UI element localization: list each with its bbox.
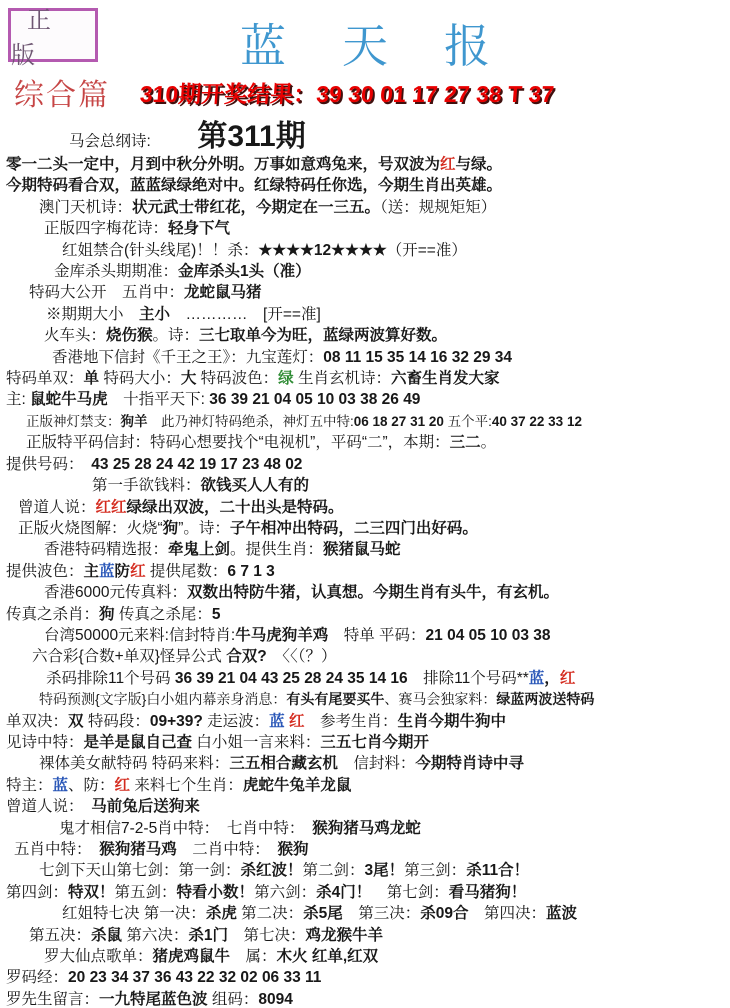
text-segment: 马会总纲诗: bbox=[69, 133, 151, 150]
content-lines: 马会总纲诗: 第311期零一二头一定中，月到中秋分外明。万事如意鸡兔来，号双波为… bbox=[4, 120, 730, 1008]
text-segment: 猴狗猪马鸡龙蛇 bbox=[312, 820, 421, 837]
text-segment: 绿绿出双波，二十出头是特码。 bbox=[127, 499, 344, 516]
text-segment: 金库杀头1头（准） bbox=[178, 263, 311, 280]
text-segment: 马前兔后送狗来 bbox=[91, 798, 200, 815]
text-segment: 香港6000元传真料： bbox=[44, 584, 187, 601]
text-segment: 特码段： bbox=[84, 713, 150, 730]
text-segment: 双 bbox=[68, 713, 84, 730]
text-segment: 走运波： bbox=[203, 713, 269, 730]
text-segment: 红姐特七决 第一决： bbox=[62, 905, 206, 922]
text-segment: 杀红波！ bbox=[241, 862, 303, 879]
text-segment: 罗先生留言： bbox=[6, 991, 99, 1008]
text-segment: （开==准） bbox=[387, 242, 467, 259]
text-line: 主: 鼠蛇牛马虎 十指平天下: 36 39 21 04 05 10 03 38 … bbox=[4, 389, 730, 410]
text-segment: 今期特肖诗中寻 bbox=[415, 755, 524, 772]
text-segment: 40 37 22 33 12 bbox=[492, 414, 582, 429]
text-segment: 十指平天下: bbox=[108, 391, 210, 408]
text-segment: 狗羊 bbox=[121, 414, 148, 429]
text-segment: 蓝 bbox=[529, 670, 545, 687]
text-segment: 三五七肖今期开 bbox=[320, 734, 429, 751]
text-line: 第四剑：特双！第五剑：特看小数！第六剑：杀4门！ 第七剑：看马猪狗！ bbox=[4, 882, 730, 903]
text-line: 五肖中特： 猴狗猪马鸡 二肖中特： 猴狗 bbox=[4, 839, 730, 860]
text-segment: 第二决： bbox=[237, 905, 303, 922]
text-segment: 第五决： bbox=[29, 927, 91, 944]
text-segment: 澳门天机诗： bbox=[39, 199, 132, 216]
text-segment: 猴猪鼠马蛇 bbox=[323, 541, 401, 558]
text-segment: 子午相冲出特码，二三四门出好码。 bbox=[230, 520, 478, 537]
text-segment: 正版四字梅花诗： bbox=[44, 220, 168, 237]
text-segment: 09+39? bbox=[150, 713, 203, 730]
text-line: 香港6000元传真料：双数出特防牛猪，认真想。今期生肖有头牛，有玄机。 bbox=[4, 582, 730, 603]
text-segment: ………… [开==准] bbox=[170, 306, 321, 323]
text-line: 曾道人说：红红绿绿出双波，二十出头是特码。 bbox=[4, 497, 730, 518]
text-line: 提供波色：主蓝防红 提供尾数：6 7 1 3 bbox=[4, 561, 730, 582]
text-line: 香港特码精选报：牵鬼上剑。提供生肖：猴猪鼠马蛇 bbox=[4, 539, 730, 560]
previous-draw-result: 310期开奖结果：39 30 01 17 27 38 T 37 bbox=[139, 76, 556, 109]
text-segment: 单 bbox=[84, 370, 104, 387]
text-segment: 六畜生肖发大家 bbox=[391, 370, 500, 387]
text-segment: 白小姐一言来料： bbox=[192, 734, 320, 751]
text-segment: 猴狗 bbox=[278, 841, 309, 858]
text-line: 单双决：双 特码段：09+39? 走运波：蓝 红 参考生肖：生肖今期牛狗中 bbox=[4, 711, 730, 732]
text-segment: 特双！ bbox=[68, 884, 115, 901]
text-segment: 红 bbox=[115, 777, 131, 794]
text-segment: 曾道人说： bbox=[6, 798, 91, 815]
text-line: 正版神灯禁支：狗羊 此乃神灯特码绝杀，神灯五中特:06 18 27 31 20 … bbox=[4, 411, 730, 432]
text-line: 特码大公开 五肖中：龙蛇鼠马猪 bbox=[4, 282, 730, 303]
text-line: 六合彩{合数+单双}怪异公式 合双? 〈〈（？） bbox=[4, 646, 730, 667]
text-segment: 3尾！ bbox=[365, 862, 405, 879]
text-segment: 牛马虎狗羊鸡 bbox=[235, 627, 328, 644]
text-segment: 火车头： bbox=[44, 327, 106, 344]
text-segment: 、赛马会独家料： bbox=[384, 691, 496, 707]
text-segment: 蓝波 bbox=[546, 905, 577, 922]
text-segment: 43 25 28 24 42 19 17 23 48 02 bbox=[91, 456, 302, 473]
text-segment: 排除11个号码** bbox=[408, 670, 529, 687]
text-segment: 特码预测{文字版}白小姐内幕亲身消息： bbox=[39, 691, 286, 707]
text-segment: ★★★★12★★★★ bbox=[258, 242, 386, 259]
text-segment: 属： bbox=[230, 948, 277, 965]
text-line: 曾道人说： 马前兔后送狗来 bbox=[4, 796, 730, 817]
text-line: 第五决：杀鼠 第六决：杀1门 第七决：鸡龙猴牛羊 bbox=[4, 925, 730, 946]
text-segment: 牵鬼上剑 bbox=[168, 541, 230, 558]
text-segment: 杀虎 bbox=[206, 905, 237, 922]
text-segment bbox=[151, 133, 198, 150]
text-line: 杀码排除11个号码 36 39 21 04 43 25 28 24 35 14 … bbox=[4, 668, 730, 689]
text-segment: 8094 bbox=[258, 991, 292, 1008]
text-segment: 轻身下气 bbox=[168, 220, 230, 237]
text-segment: 见诗中特： bbox=[6, 734, 84, 751]
text-line: 台湾50000元来料:信封特肖:牛马虎狗羊鸡 特单 平码：21 04 05 10… bbox=[4, 625, 730, 646]
text-line: 正版四字梅花诗：轻身下气 bbox=[4, 218, 730, 239]
text-segment: 第六决： bbox=[122, 927, 188, 944]
text-segment: 特码大小： bbox=[103, 370, 181, 387]
text-segment: 看马猪狗！ bbox=[449, 884, 527, 901]
text-segment: 参考生肖： bbox=[305, 713, 398, 730]
text-segment: 鸡龙猴牛羊 bbox=[305, 927, 383, 944]
text-segment: 杀4门！ bbox=[316, 884, 371, 901]
text-segment: 杀鼠 bbox=[91, 927, 122, 944]
text-segment: 正版特平码信封：特码心想要找个“电视机”，平码“二”，本期： bbox=[26, 434, 450, 451]
text-line: 特主：蓝、防：红 来料七个生肖：虎蛇牛兔羊龙鼠 bbox=[4, 775, 730, 796]
text-segment: 绿蓝两波送特码 bbox=[496, 691, 594, 707]
text-segment: 蓝 bbox=[269, 713, 285, 730]
text-segment: 特看小数！ bbox=[177, 884, 255, 901]
text-segment: 一九特尾蓝色波 bbox=[99, 991, 208, 1008]
text-segment: 。诗： bbox=[153, 327, 200, 344]
text-segment: 罗码经： bbox=[6, 969, 68, 986]
text-segment: 红红 bbox=[96, 499, 127, 516]
text-segment: 绿 bbox=[278, 370, 294, 387]
text-segment: 鼠蛇牛马虎 bbox=[30, 391, 108, 408]
text-segment: 信封料： bbox=[338, 755, 416, 772]
text-segment: 第二剑： bbox=[303, 862, 365, 879]
text-segment: 台湾50000元来料:信封特肖: bbox=[44, 627, 235, 644]
text-segment: 猪虎鸡鼠牛 bbox=[153, 948, 231, 965]
text-line: 见诗中特：是羊是鼠自己查 白小姐一言来料：三五七肖今期开 bbox=[4, 732, 730, 753]
text-segment: 、防： bbox=[68, 777, 115, 794]
text-line: 鬼才相信7-2-5肖中特： 七肖中特： 猴狗猪马鸡龙蛇 bbox=[4, 818, 730, 839]
text-segment: 状元武士带红花，今期定在一三五。 bbox=[132, 199, 380, 216]
text-segment: 鬼才相信7-2-5肖中特： 七肖中特： bbox=[59, 820, 312, 837]
text-segment: 第三决： bbox=[343, 905, 421, 922]
text-segment: 二肖中特： bbox=[177, 841, 278, 858]
text-segment: 生肖玄机诗： bbox=[294, 370, 391, 387]
text-line: 罗先生留言：一九特尾蓝色波 组码：8094 bbox=[4, 989, 730, 1008]
text-segment: 杀1门 bbox=[188, 927, 228, 944]
header-row: 综合篇 310期开奖结果：39 30 01 17 27 38 T 37 bbox=[14, 70, 730, 114]
text-segment: 传真之杀尾： bbox=[115, 606, 212, 623]
text-segment: 是羊是鼠自己查 bbox=[84, 734, 193, 751]
text-line: 正版火烧图解：火烧“狗”。诗：子午相冲出特码，二三四门出好码。 bbox=[4, 518, 730, 539]
text-segment: 5 bbox=[212, 606, 221, 623]
text-segment: 双数出特防牛猪，认真想。今期生肖有头牛，有玄机。 bbox=[187, 584, 559, 601]
text-segment: 杀11合！ bbox=[466, 862, 529, 879]
text-segment: 与绿。 bbox=[456, 156, 503, 173]
section-label: 综合篇 bbox=[14, 70, 110, 114]
text-segment: 蓝 bbox=[53, 777, 69, 794]
text-segment: 提供号码： bbox=[6, 456, 91, 473]
text-line: 零一二头一定中，月到中秋分外明。万事如意鸡兔来，号双波为红与绿。 bbox=[4, 154, 730, 175]
text-segment: 6 7 1 3 bbox=[227, 563, 274, 580]
text-segment: 组码： bbox=[208, 991, 259, 1008]
text-segment: 烧伤猴 bbox=[106, 327, 153, 344]
text-segment: 提供波色： bbox=[6, 563, 84, 580]
text-segment: 虎蛇牛兔羊龙鼠 bbox=[243, 777, 352, 794]
text-line: 七剑下天山第七剑：第一剑：杀红波！第二剑：3尾！第三剑：杀11合！ bbox=[4, 860, 730, 881]
page-title: 蓝天报 bbox=[0, 10, 730, 76]
text-line: 提供号码： 43 25 28 24 42 19 17 23 48 02 bbox=[4, 454, 730, 475]
text-segment: 21 04 05 10 03 38 bbox=[426, 627, 551, 644]
text-line: 罗大仙点歌单：猪虎鸡鼠牛 属：木火 红单,红双 bbox=[4, 946, 730, 967]
text-line: 澳门天机诗：状元武士带红花，今期定在一三五。（送：规规矩矩） bbox=[4, 197, 730, 218]
text-segment: 三二 bbox=[450, 434, 481, 451]
text-segment: 木火 红单,红双 bbox=[277, 948, 379, 965]
text-line: 第一手欲钱料：欲钱买人人有的 bbox=[4, 475, 730, 496]
text-line: 传真之杀肖：狗 传真之杀尾：5 bbox=[4, 604, 730, 625]
text-segment: 有头有尾要买牛 bbox=[286, 691, 384, 707]
text-segment: 此乃神灯特码绝杀，神灯五中特: bbox=[148, 414, 354, 429]
text-segment: 〈〈（？） bbox=[267, 648, 337, 665]
text-segment: 主: bbox=[6, 391, 30, 408]
text-segment: 零一二头一定中，月到中秋分外明。万事如意鸡兔来，号双波为 bbox=[6, 156, 440, 173]
text-segment: 五个平: bbox=[444, 414, 492, 429]
text-segment: 今期特码看合双，蓝蓝绿绿绝对中。红绿特码任你选，今期生肖出英雄。 bbox=[6, 177, 502, 194]
text-line: 特码预测{文字版}白小姐内幕亲身消息：有头有尾要买牛、赛马会独家料：绿蓝两波送特… bbox=[4, 689, 730, 710]
text-segment: 龙蛇鼠马猪 bbox=[184, 284, 262, 301]
text-segment: 杀码排除11个号码 bbox=[46, 670, 175, 687]
text-line: 今期特码看合双，蓝蓝绿绿绝对中。红绿特码任你选，今期生肖出英雄。 bbox=[4, 175, 730, 196]
text-segment: 特主： bbox=[6, 777, 53, 794]
text-segment: 特码单双： bbox=[6, 370, 84, 387]
text-line: 火车头：烧伤猴。诗：三七取单今为旺，蓝绿两波算好数。 bbox=[4, 325, 730, 346]
text-line: 马会总纲诗: 第311期 bbox=[4, 120, 730, 154]
text-segment: 曾道人说： bbox=[18, 499, 96, 516]
text-segment: 06 18 27 31 20 bbox=[354, 414, 444, 429]
text-segment: 第五剑： bbox=[115, 884, 177, 901]
text-segment: 猴狗猪马鸡 bbox=[99, 841, 177, 858]
text-segment: 传真之杀肖： bbox=[6, 606, 99, 623]
text-segment: 三五相合藏玄机 bbox=[229, 755, 338, 772]
text-segment: 六合彩{合数+单双}怪异公式 bbox=[32, 648, 226, 665]
text-segment: 五肖中特： bbox=[14, 841, 99, 858]
text-segment: 特单 平码： bbox=[328, 627, 425, 644]
text-segment: 红 bbox=[440, 156, 456, 173]
text-line: 罗码经：20 23 34 37 36 43 22 32 02 06 33 11 bbox=[4, 967, 730, 988]
text-segment: 08 11 15 35 14 16 32 29 34 bbox=[323, 349, 512, 366]
text-segment: 20 23 34 37 36 43 22 32 02 06 33 11 bbox=[68, 969, 321, 986]
text-segment: 红 bbox=[560, 670, 576, 687]
text-segment: 正版火烧图解：火烧“ bbox=[18, 520, 163, 537]
text-segment: （送：规规矩矩） bbox=[380, 199, 496, 216]
text-segment: 主小 bbox=[139, 306, 170, 323]
text-segment: 36 39 21 04 43 25 28 24 35 14 16 bbox=[175, 670, 408, 687]
text-segment: 裸体美女献特码 特码来料： bbox=[39, 755, 229, 772]
text-line: 正版特平码信封：特码心想要找个“电视机”，平码“二”，本期：三二。 bbox=[4, 432, 730, 453]
text-segment: ※期期大小 bbox=[46, 306, 139, 323]
text-segment: 七剑下天山第七剑：第一剑： bbox=[39, 862, 241, 879]
text-segment: 红 bbox=[130, 563, 146, 580]
text-segment: 。提供生肖： bbox=[230, 541, 323, 558]
text-line: 香港地下信封《千王之王》：九宝莲灯：08 11 15 35 14 16 32 2… bbox=[4, 347, 730, 368]
text-segment: 杀5尾 bbox=[303, 905, 343, 922]
text-segment: ”。诗： bbox=[178, 520, 230, 537]
text-segment: 大 bbox=[181, 370, 201, 387]
text-segment: 香港地下信封《千王之王》：九宝莲灯： bbox=[52, 349, 323, 366]
text-segment: 第311期 bbox=[197, 120, 305, 153]
text-line: 红姐禁合(针头线尾)！！杀：★★★★12★★★★（开==准） bbox=[4, 240, 730, 261]
text-segment: ， bbox=[544, 670, 560, 687]
text-segment: 正版神灯禁支： bbox=[26, 414, 121, 429]
text-segment: 杀09合 bbox=[420, 905, 468, 922]
text-segment: 第三剑： bbox=[404, 862, 466, 879]
text-line: 特码单双：单 特码大小：大 特码波色：绿 生肖玄机诗：六畜生肖发大家 bbox=[4, 368, 730, 389]
text-segment: 第四剑： bbox=[6, 884, 68, 901]
text-segment: 合双? bbox=[226, 648, 266, 665]
text-line: ※期期大小 主小 ………… [开==准] bbox=[4, 304, 730, 325]
text-segment: 第六剑： bbox=[254, 884, 316, 901]
text-line: 红姐特七决 第一决：杀虎 第二决：杀5尾 第三决：杀09合 第四决：蓝波 bbox=[4, 903, 730, 924]
text-segment: 金库杀头期期准： bbox=[54, 263, 178, 280]
text-segment: 来料七个生肖： bbox=[130, 777, 243, 794]
text-segment: 狗 bbox=[163, 520, 179, 537]
text-segment: 。 bbox=[481, 434, 497, 451]
text-segment: 欲钱买人人有的 bbox=[201, 477, 310, 494]
text-segment: 提供尾数： bbox=[146, 563, 228, 580]
text-segment: 蓝 bbox=[99, 563, 115, 580]
text-line: 金库杀头期期准：金库杀头1头（准） bbox=[4, 261, 730, 282]
text-segment: 第四决： bbox=[469, 905, 547, 922]
text-segment: 特码大公开 五肖中： bbox=[29, 284, 184, 301]
text-segment: 第七决： bbox=[228, 927, 306, 944]
text-segment: 第七剑： bbox=[371, 884, 449, 901]
text-segment: 36 39 21 04 05 10 03 38 26 49 bbox=[209, 391, 420, 408]
text-segment: 三七取单今为旺，蓝绿两波算好数。 bbox=[199, 327, 447, 344]
text-segment: 生肖今期牛狗中 bbox=[398, 713, 507, 730]
text-segment: 香港特码精选报： bbox=[44, 541, 168, 558]
text-segment: 红 bbox=[289, 713, 305, 730]
text-segment: 单双决： bbox=[6, 713, 68, 730]
text-segment: 主 bbox=[84, 563, 100, 580]
text-line: 裸体美女献特码 特码来料：三五相合藏玄机 信封料：今期特肖诗中寻 bbox=[4, 753, 730, 774]
text-segment: 防 bbox=[115, 563, 131, 580]
text-segment: 特码波色： bbox=[201, 370, 279, 387]
text-segment: 第一手欲钱料： bbox=[92, 477, 201, 494]
text-segment: 红姐禁合(针头线尾)！！杀： bbox=[62, 242, 258, 259]
text-segment: 罗大仙点歌单： bbox=[44, 948, 153, 965]
blue-sky-report-page: 正 版 蓝天报 综合篇 310期开奖结果：39 30 01 17 27 38 T… bbox=[0, 0, 730, 1008]
text-segment: 狗 bbox=[99, 606, 115, 623]
